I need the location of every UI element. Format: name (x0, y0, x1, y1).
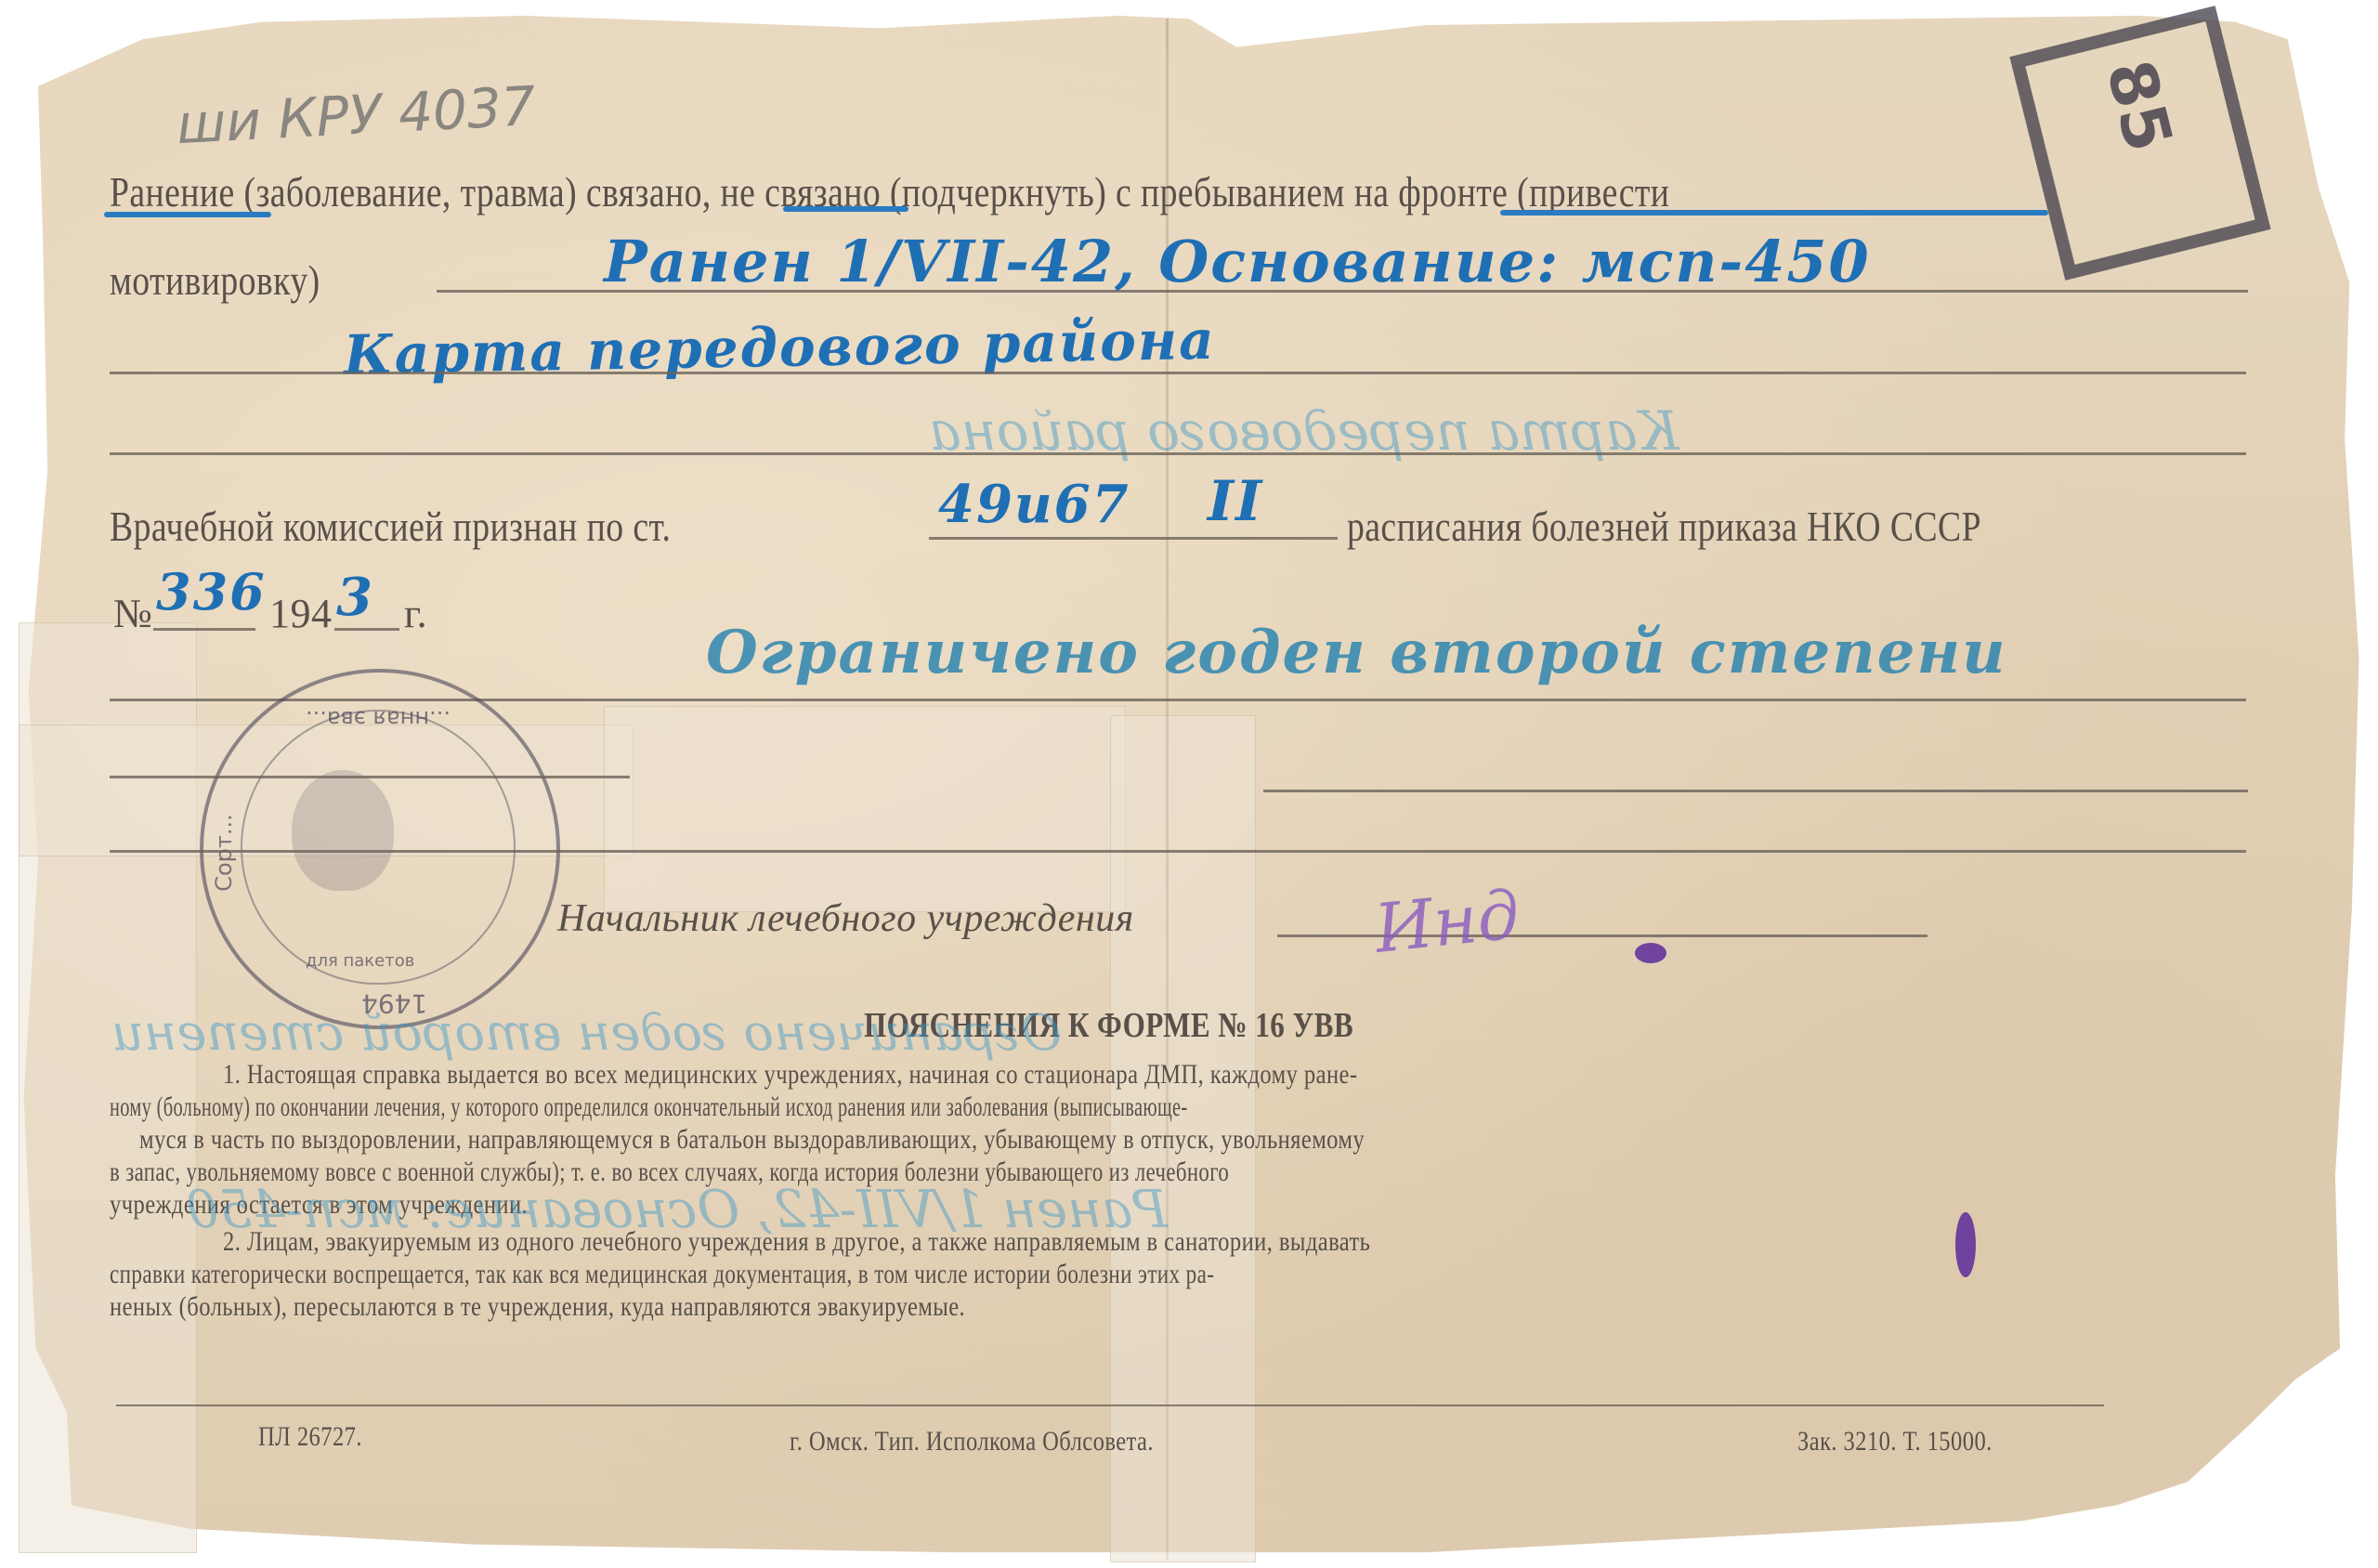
order-year-suffix: г. (404, 590, 427, 637)
footer-left: ПЛ 26727. (258, 1421, 362, 1453)
footer-right: Зак. 3210. Т. 15000. (1797, 1426, 1993, 1457)
notes-p1-line: муся в часть по выздоровлении, направляю… (139, 1124, 1365, 1156)
form-line-2-label: мотивировку) (110, 255, 320, 305)
signature-label: Начальник лечебного учреждения (557, 896, 1134, 941)
form-rule (110, 452, 2246, 455)
corner-stamp-number: 85 (2091, 53, 2187, 159)
ink-offset-trace: Ранен 1/VII-42, Основание: мсп-450 (186, 1180, 1168, 1240)
seal-left-text: Сорт... (211, 814, 237, 892)
handwritten-articles: 49и67 (938, 474, 1130, 535)
ink-blot (1955, 1212, 1976, 1277)
notes-p2-line: справки категорически воспрещается, так … (110, 1259, 1214, 1290)
round-seal: ...нная эва... Сорт... для пакетов 1494 (200, 669, 560, 1029)
footer-rule (116, 1405, 2104, 1406)
form-rule (110, 850, 2246, 853)
form-rule (334, 628, 399, 631)
underline-na-fronte (1500, 210, 2048, 216)
form-rule (153, 628, 255, 631)
notes-p2-line: неных (больных), пересылаются в те учреж… (110, 1291, 965, 1323)
seal-bottom-text: для пакетов (306, 951, 414, 971)
handwritten-year-digit: 3 (336, 567, 374, 628)
notes-p1-line: 1. Настоящая справка выдается во всех ме… (223, 1059, 1357, 1091)
underline-ranenie (104, 212, 271, 217)
handwritten-verdict: Ограничено годен второй степени (706, 618, 2007, 687)
ink-blot (1635, 943, 1666, 963)
underline-svyazano (783, 206, 908, 212)
tape-strip (604, 706, 1126, 912)
seal-top-text: ...нная эва... (306, 706, 451, 732)
handwritten-order-number: 336 (156, 562, 267, 621)
commission-suffix: расписания болезней приказа НКО СССР (1347, 502, 1981, 551)
ink-offset-trace: Ограничено годен второй степени (111, 1003, 1062, 1062)
order-no-label: № (113, 590, 152, 637)
handwritten-signature: Инд (1371, 875, 1523, 968)
form-rule (110, 372, 2246, 374)
signature-rule (1277, 934, 1927, 937)
form-rule (110, 776, 630, 778)
footer-center: г. Омск. Тип. Исполкома Облсовета. (790, 1426, 1154, 1457)
commission-prefix: Врачебной комиссией признан по ст. (110, 502, 671, 551)
notes-p1-line: ному (больному) по окончании лечения, у … (110, 1091, 1188, 1123)
form-rule (929, 537, 1338, 540)
handwritten-schedule-part: II (1208, 469, 1263, 534)
handwritten-reason: Ранен 1/VII-42, Основание: мсп-450 (604, 228, 1871, 295)
order-year-prefix: 194 (269, 590, 333, 637)
form-rule (1263, 790, 2248, 792)
seal-emblem (292, 770, 394, 891)
